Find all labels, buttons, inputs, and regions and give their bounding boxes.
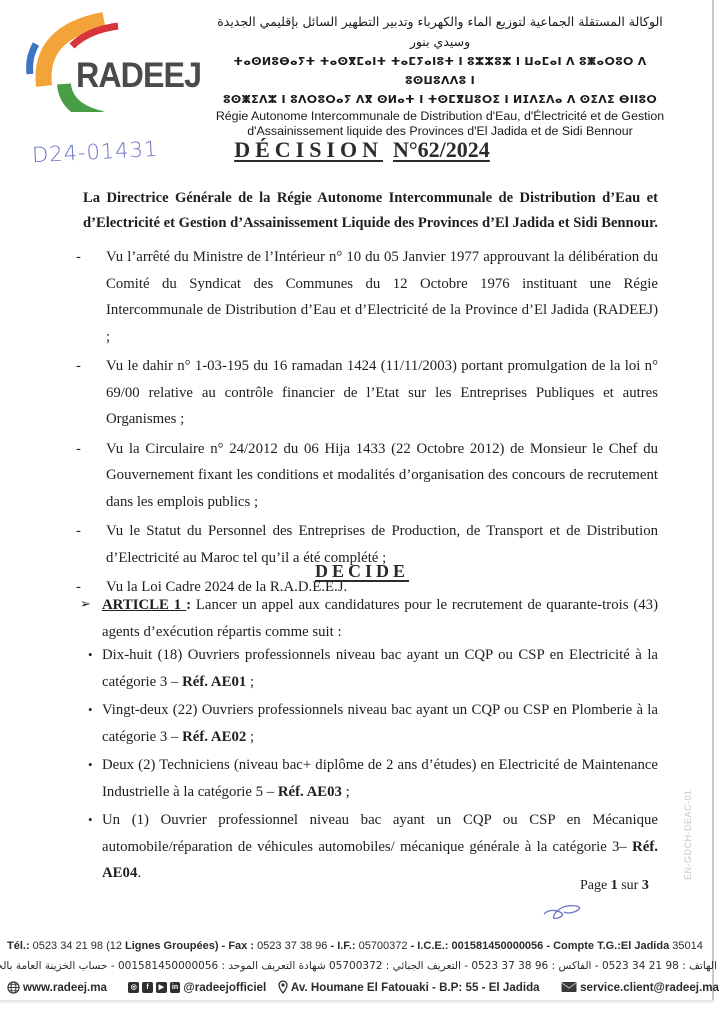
footer-label: - I.C.E.: 001581450000056 - Compte T.G.:… bbox=[411, 940, 673, 952]
handwritten-paraph-icon bbox=[540, 900, 590, 922]
decide-heading-text: DECIDE bbox=[315, 561, 409, 581]
position-ref: Réf. AE03 bbox=[278, 784, 342, 800]
dash-bullet: - bbox=[76, 518, 81, 545]
bullet-dot: • bbox=[88, 697, 93, 724]
footer-contact-line: Tél.: 0523 34 21 98 (12 Lignes Groupées)… bbox=[7, 940, 703, 952]
footer-value: 0523 37 38 96 bbox=[257, 940, 330, 952]
position-item: • Dix-huit (18) Ouvriers professionnels … bbox=[88, 642, 658, 695]
instagram-icon[interactable]: ◎ bbox=[128, 982, 139, 993]
footer-label: - I.F.: bbox=[330, 940, 358, 952]
decision-title: DÉCISIONN°62/2024 bbox=[0, 137, 724, 163]
page-middle: sur bbox=[618, 878, 642, 893]
decide-heading: DECIDE bbox=[0, 561, 724, 582]
preamble: La Directrice Générale de la Régie Auton… bbox=[83, 186, 658, 236]
dash-bullet: - bbox=[76, 353, 81, 380]
title-number: N°62/2024 bbox=[393, 137, 490, 162]
linkedin-icon[interactable]: in bbox=[170, 982, 181, 993]
position-ref: Réf. AE01 bbox=[182, 674, 246, 690]
bullet-dot: • bbox=[88, 807, 93, 834]
article-1-label: ARTICLE 1 bbox=[102, 597, 186, 613]
footer-label: Tél.: bbox=[7, 940, 33, 952]
facebook-icon[interactable]: f bbox=[142, 982, 153, 993]
org-name-french-line1: Régie Autonome Intercommunale de Distrib… bbox=[205, 109, 675, 124]
consideration-item: - Vu l’arrêté du Ministre de l’Intérieur… bbox=[72, 244, 658, 350]
dash-bullet: - bbox=[76, 244, 81, 271]
footer-links-line: www.radeej.ma ◎f▶in @radeejofficiel Av. … bbox=[7, 980, 719, 994]
org-name-tifinagh-line2: ⵓⵙⵥⵉⴷⵣ ⵏ ⵓⴷⵔⵓⵔⴰⵢ ⴷⴳ ⵙⵍⴰⵜ ⵏ ⵜⵙⵎⴳⵡⵓⵔⵉ ⵏ ⵍⵊ… bbox=[205, 90, 675, 109]
position-ref: Réf. AE02 bbox=[182, 729, 246, 745]
radeej-logo: RADEEJ bbox=[14, 12, 204, 112]
position-item: • Deux (2) Techniciens (niveau bac+ dipl… bbox=[88, 752, 658, 805]
page-indicator: Page 1 sur 3 bbox=[580, 878, 649, 894]
position-tail: ; bbox=[246, 729, 254, 745]
bullet-dot: • bbox=[88, 752, 93, 779]
org-name-arabic: الوكالة المستقلة الجماعية لتوزيع الماء و… bbox=[205, 12, 675, 52]
position-tail: ; bbox=[246, 674, 254, 690]
scan-edge-bottom bbox=[0, 1000, 714, 1003]
position-text: Un (1) Ouvrier professionnel niveau bac … bbox=[102, 812, 658, 855]
consideration-text: Vu la Circulaire n° 24/2012 du 06 Hija 1… bbox=[106, 441, 658, 510]
consideration-text: Vu le Statut du Personnel des Entreprise… bbox=[106, 523, 658, 566]
page-prefix: Page bbox=[580, 878, 611, 893]
email-link[interactable]: service.client@radeej.ma bbox=[580, 981, 719, 994]
page-total: 3 bbox=[642, 878, 649, 893]
footer-value: 05700372 bbox=[359, 940, 411, 952]
bullet-dot: • bbox=[88, 642, 93, 669]
envelope-icon bbox=[561, 981, 577, 993]
social-handle[interactable]: @radeejofficiel bbox=[183, 981, 266, 994]
dash-bullet: - bbox=[76, 436, 81, 463]
consideration-text: Vu le dahir n° 1-03-195 du 16 ramadan 14… bbox=[106, 358, 658, 427]
youtube-icon[interactable]: ▶ bbox=[156, 982, 167, 993]
position-item: • Un (1) Ouvrier professionnel niveau ba… bbox=[88, 807, 658, 887]
globe-icon bbox=[7, 981, 20, 994]
position-item: • Vingt-deux (22) Ouvriers professionnel… bbox=[88, 697, 658, 750]
footer-arabic-line: الهاتف : 98 21 34 0523 - الفاكس : 96 38 … bbox=[7, 960, 717, 972]
organization-name-block: الوكالة المستقلة الجماعية لتوزيع الماء و… bbox=[205, 12, 675, 139]
consideration-item: - Vu le dahir n° 1-03-195 du 16 ramadan … bbox=[72, 353, 658, 433]
logo-wordmark: RADEEJ bbox=[76, 56, 201, 96]
org-name-tifinagh-line1: ⵜⴰⵙⵍⵓⴱⴰⵢⵜ ⵜⴰⵙⴳⵎⴰⵏⵜ ⵜⴰⵎⵢⴰⵏⵓⵜ ⵏ ⵓⵣⵣⵓⵣ ⵏ ⵡⴰ… bbox=[205, 52, 675, 90]
article-1-body: ARTICLE 1 : Lancer un appel aux candidat… bbox=[80, 592, 658, 645]
title-word: DÉCISION bbox=[234, 137, 383, 162]
consideration-text: Vu l’arrêté du Ministre de l’Intérieur n… bbox=[106, 249, 658, 345]
position-tail: ; bbox=[342, 784, 350, 800]
document-form-code: EN-GDCH-DEAC-01 bbox=[683, 789, 693, 880]
position-text: Deux (2) Techniciens (niveau bac+ diplôm… bbox=[102, 757, 658, 800]
page-current: 1 bbox=[611, 878, 618, 893]
consideration-item: - Vu la Circulaire n° 24/2012 du 06 Hija… bbox=[72, 436, 658, 516]
arrow-bullet-icon: ➢ bbox=[80, 592, 91, 619]
position-tail: . bbox=[137, 865, 141, 881]
considerations-list: - Vu l’arrêté du Ministre de l’Intérieur… bbox=[72, 244, 658, 604]
website-link[interactable]: www.radeej.ma bbox=[23, 981, 107, 994]
letterhead: RADEEJ الوكالة المستقلة الجماعية لتوزيع … bbox=[0, 0, 712, 125]
address: Av. Houmane El Fatouaki - B.P: 55 - El J… bbox=[291, 981, 540, 994]
location-pin-icon bbox=[278, 980, 288, 994]
footer-label: Lignes Groupées) - Fax : bbox=[125, 940, 257, 952]
article-1: ➢ ARTICLE 1 : Lancer un appel aux candid… bbox=[80, 592, 658, 645]
footer-value: 35014 bbox=[672, 940, 703, 952]
positions-list: • Dix-huit (18) Ouvriers professionnels … bbox=[88, 642, 658, 889]
footer-value: 0523 34 21 98 (12 bbox=[33, 940, 125, 952]
